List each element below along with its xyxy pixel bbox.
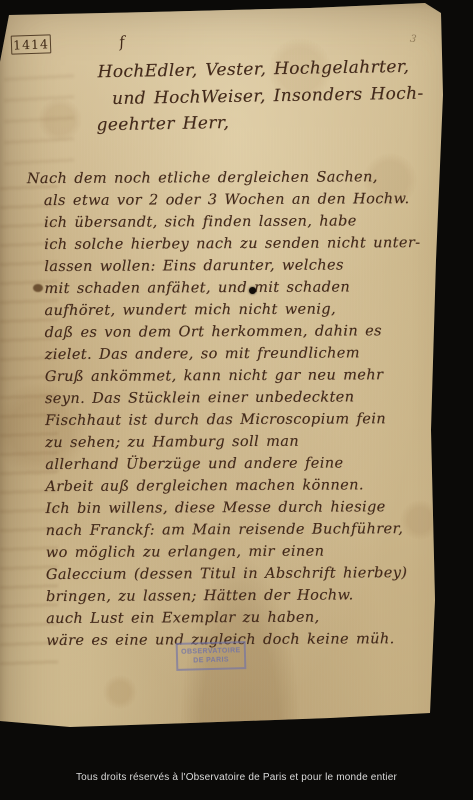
manuscript-line: Arbeit auß dergleichen machen können. — [45, 474, 446, 498]
letter-body: Nach dem noch etliche dergleichen Sachen… — [27, 166, 448, 652]
manuscript-line: ich übersandt, sich finden lassen, habe — [44, 210, 445, 234]
letter-salutation: HochEdler, Vester, Hochgelahrter,und Hoc… — [27, 54, 424, 140]
manuscript-line: Ich bin willens, diese Messe durch hiesi… — [45, 496, 446, 520]
manuscript-line: Fischhaut ist durch das Microscopium fei… — [45, 408, 446, 432]
manuscript-line: auch Lust ein Exemplar zu haben, — [46, 606, 447, 630]
manuscript-line: und HochWeiser, Insonders Hoch- — [112, 80, 424, 112]
manuscript-line: wäre es eine und zugleich doch keine müh… — [46, 628, 447, 652]
manuscript-line: aufhöret, wundert mich nicht wenig, — [44, 298, 445, 322]
manuscript-line: geehrter Herr, — [96, 107, 424, 139]
stamp-line-2: DE PARIS — [180, 655, 242, 666]
manuscript-line: allerhand Überzüge und andere feine — [45, 452, 446, 476]
manuscript-line: bringen, zu lassen; Hätten der Hochw. — [46, 584, 447, 608]
manuscript-line: Gruß ankömmet, kann nicht gar neu mehr — [45, 364, 446, 388]
ink-blot-stain — [33, 284, 43, 292]
pencil-corner-mark: 3 — [409, 34, 417, 46]
observatoire-stamp: OBSERVATOIRE DE PARIS — [176, 641, 247, 671]
archive-number-box: 1414 — [11, 34, 52, 54]
manuscript-line: seyn. Das Stücklein einer unbedeckten — [45, 386, 446, 410]
manuscript-line: als etwa vor 2 oder 3 Wochen an den Hoch… — [44, 188, 445, 212]
manuscript-line: ich solche hierbey nach zu senden nicht … — [44, 232, 445, 256]
manuscript-line: mit schaden anfähet, und mit schaden — [44, 276, 445, 300]
manuscript-line: wo möglich zu erlangen, mir einen — [46, 540, 447, 564]
manuscript-page: 1414 3 f HochEdler, Vester, Hochgelahrte… — [0, 0, 473, 800]
ink-hole-spot — [249, 287, 256, 294]
copyright-caption: Tous droits réservés à l'Observatoire de… — [0, 772, 473, 783]
manuscript-line: lassen wollen: Eins darunter, welches — [44, 254, 445, 278]
manuscript-line: Galeccium (dessen Titul in Abschrift hie… — [46, 562, 447, 586]
archive-number: 1414 — [13, 36, 49, 52]
manuscript-line: zu sehen; zu Hamburg soll man — [45, 430, 446, 454]
manuscript-line: Nach dem noch etliche dergleichen Sachen… — [27, 166, 445, 190]
photo-frame: 1414 3 f HochEdler, Vester, Hochgelahrte… — [0, 0, 473, 800]
manuscript-line: zielet. Das andere, so mit freundlichem — [45, 342, 446, 366]
manuscript-line: daß es von dem Ort herkommen, dahin es — [45, 320, 446, 344]
pen-flourish-mark: f — [118, 33, 126, 52]
manuscript-line: nach Franckf: am Main reisende Buchführe… — [46, 518, 447, 542]
